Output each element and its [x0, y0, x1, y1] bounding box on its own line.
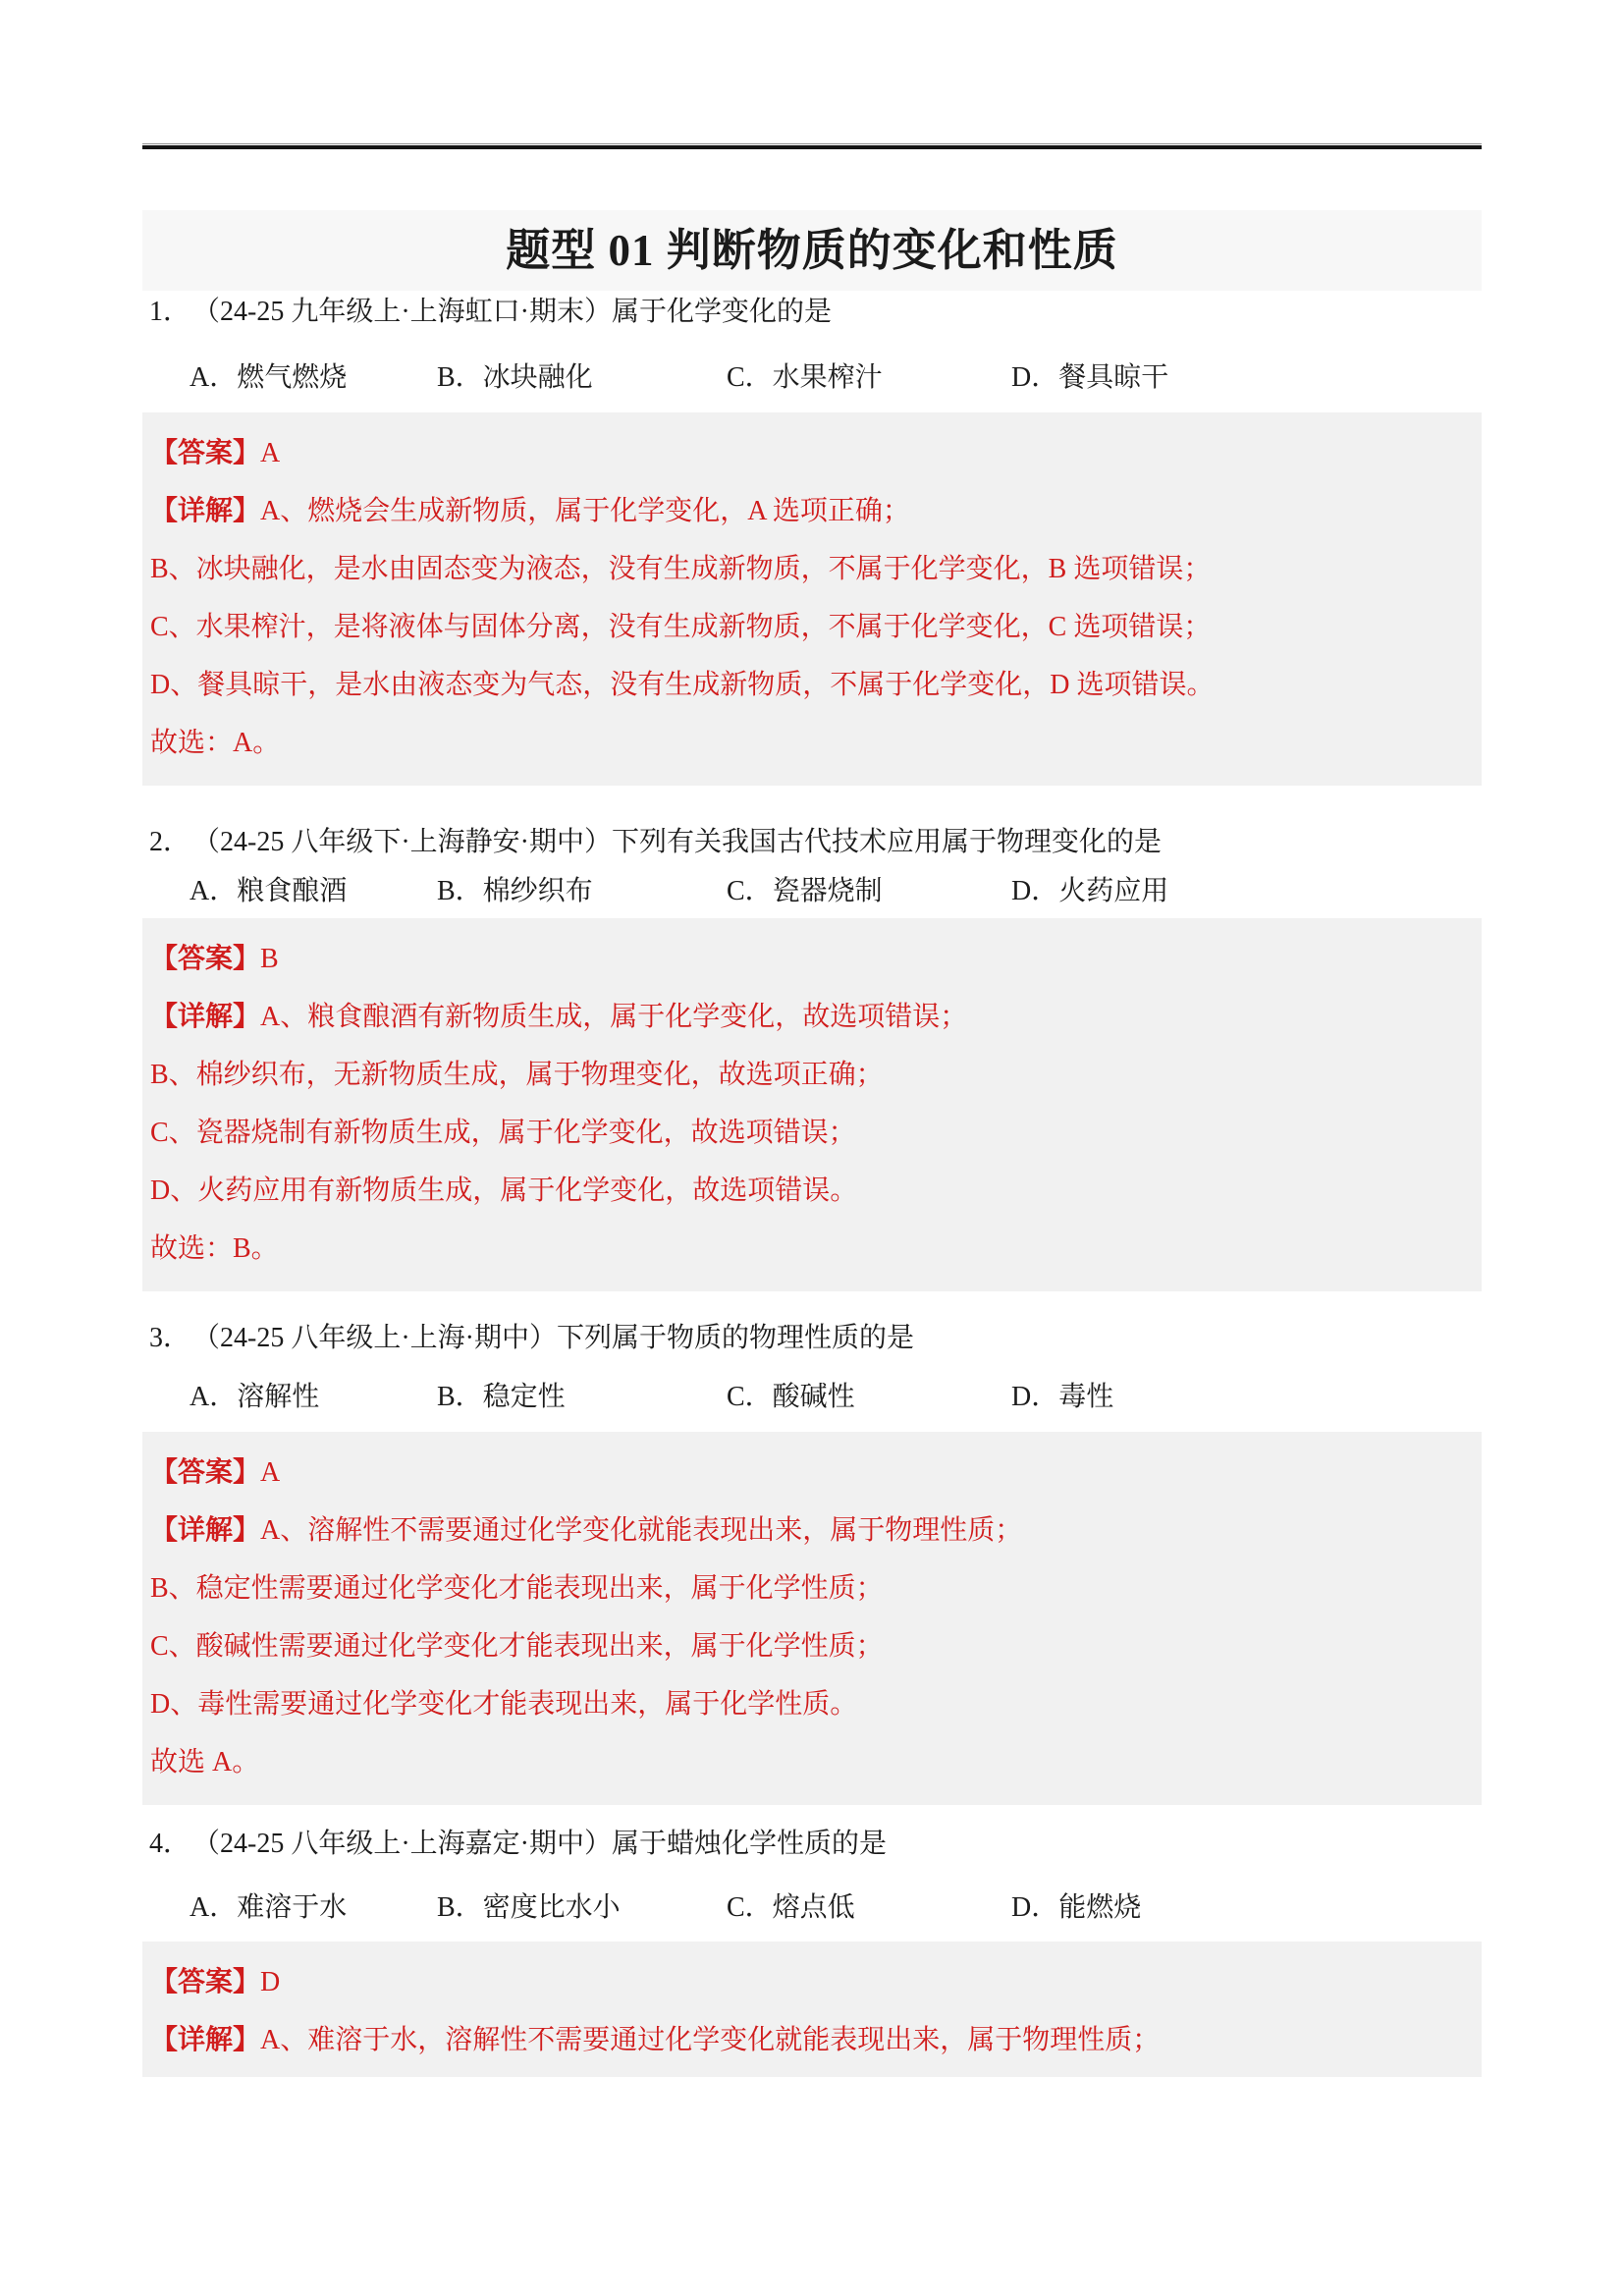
detail-line-q2-4: D、火药应用有新物质生成，属于化学变化，故选项错误。 [150, 1162, 1472, 1220]
conclusion-line-q3: 故选 A。 [150, 1733, 1472, 1791]
option-q2-c: C．瓷器烧制 [727, 874, 883, 909]
options-row-q1: A．燃气燃烧 B．冰块融化 C．水果榨汁 D．餐具晾干 [142, 360, 1482, 396]
detail-label-q2: 【详解】 [150, 1002, 260, 1032]
option-q4-b: B．密度比水小 [437, 1890, 621, 1926]
answer-label-q4: 【答案】 [150, 1967, 260, 1997]
option-q2-b: B．棉纱织布 [437, 874, 593, 909]
answer-block-q2: 【答案】B 【详解】A、粮食酿酒有新物质生成，属于化学变化，故选项错误； B、棉… [142, 918, 1482, 1291]
detail-text-q1-1: A、燃烧会生成新物质，属于化学变化，A 选项正确； [260, 496, 910, 526]
detail-line-q1-1: 【详解】A、燃烧会生成新物质，属于化学变化，A 选项正确； [150, 482, 1472, 540]
answer-line-q2: 【答案】B [150, 930, 1472, 988]
answer-block-q3: 【答案】A 【详解】A、溶解性不需要通过化学变化就能表现出来，属于物理性质； B… [142, 1432, 1482, 1805]
detail-line-q4-1: 【详解】A、难溶于水，溶解性不需要通过化学变化就能表现出来，属于物理性质； [150, 2011, 1472, 2069]
option-q1-a: A．燃气燃烧 [189, 360, 347, 396]
document-body: 题型 01 判断物质的变化和性质 1．（24-25 九年级上·上海虹口·期末）属… [142, 0, 1482, 2077]
conclusion-line-q2: 故选：B。 [150, 1220, 1472, 1278]
option-q1-c: C．水果榨汁 [727, 360, 883, 396]
options-row-q2: A．粮食酿酒 B．棉纱织布 C．瓷器烧制 D．火药应用 [142, 874, 1482, 909]
page-title-text: 题型 01 判断物质的变化和性质 [506, 226, 1118, 275]
answer-value-q4: D [260, 1967, 280, 1997]
question-number-q1: 1． [149, 297, 190, 327]
detail-label-q1: 【详解】 [150, 496, 260, 526]
detail-line-q2-3: C、瓷器烧制有新物质生成，属于化学变化，故选项错误； [150, 1104, 1472, 1162]
detail-line-q1-2: B、冰块融化，是水由固态变为液态，没有生成新物质，不属于化学变化，B 选项错误； [150, 540, 1472, 598]
question-text-q2: （24-25 八年级下·上海静安·期中）下列有关我国古代技术应用属于物理变化的是 [206, 827, 1162, 857]
option-q1-b: B．冰块融化 [437, 360, 593, 396]
question-text-q1: （24-25 九年级上·上海虹口·期末）属于化学变化的是 [206, 297, 832, 327]
answer-block-q1: 【答案】A 【详解】A、燃烧会生成新物质，属于化学变化，A 选项正确； B、冰块… [142, 412, 1482, 786]
option-q3-a: A．溶解性 [189, 1380, 319, 1415]
option-q3-d: D．毒性 [1011, 1380, 1113, 1415]
detail-line-q2-1: 【详解】A、粮食酿酒有新物质生成，属于化学变化，故选项错误； [150, 988, 1472, 1046]
detail-line-q1-3: C、水果榨汁，是将液体与固体分离，没有生成新物质，不属于化学变化，C 选项错误； [150, 598, 1472, 656]
question-number-q2: 2． [149, 827, 190, 857]
detail-line-q2-2: B、棉纱织布，无新物质生成，属于物理变化，故选项正确； [150, 1046, 1472, 1104]
option-q2-a: A．粮食酿酒 [189, 874, 347, 909]
detail-label-q4: 【详解】 [150, 2025, 260, 2055]
detail-line-q3-3: C、酸碱性需要通过化学变化才能表现出来，属于化学性质； [150, 1617, 1472, 1675]
detail-line-q3-4: D、毒性需要通过化学变化才能表现出来，属于化学性质。 [150, 1675, 1472, 1733]
page-title: 题型 01 判断物质的变化和性质 [142, 210, 1482, 291]
question-text-q3: （24-25 八年级上·上海·期中）下列属于物质的物理性质的是 [206, 1323, 914, 1353]
detail-text-q4-1: A、难溶于水，溶解性不需要通过化学变化就能表现出来，属于物理性质； [260, 2025, 1160, 2055]
detail-line-q3-1: 【详解】A、溶解性不需要通过化学变化就能表现出来，属于物理性质； [150, 1502, 1472, 1559]
detail-text-q3-1: A、溶解性不需要通过化学变化就能表现出来，属于物理性质； [260, 1515, 1022, 1546]
question-number-q4: 4． [149, 1829, 190, 1859]
answer-value-q2: B [260, 944, 279, 974]
answer-label-q3: 【答案】 [150, 1457, 260, 1488]
question-stem-q3: 3．（24-25 八年级上·上海·期中）下列属于物质的物理性质的是 [142, 1321, 1482, 1356]
option-q2-d: D．火药应用 [1011, 874, 1168, 909]
question-number-q3: 3． [149, 1323, 190, 1353]
question-stem-q1: 1．（24-25 九年级上·上海虹口·期末）属于化学变化的是 [142, 295, 1482, 330]
document-page: 题型 01 判断物质的变化和性质 1．（24-25 九年级上·上海虹口·期末）属… [0, 0, 1623, 2296]
answer-line-q4: 【答案】D [150, 1953, 1472, 2011]
question-stem-q2: 2．（24-25 八年级下·上海静安·期中）下列有关我国古代技术应用属于物理变化… [142, 825, 1482, 860]
answer-label-q2: 【答案】 [150, 944, 260, 974]
detail-line-q3-2: B、稳定性需要通过化学变化才能表现出来，属于化学性质； [150, 1559, 1472, 1617]
options-row-q3: A．溶解性 B．稳定性 C．酸碱性 D．毒性 [142, 1380, 1482, 1415]
option-q3-b: B．稳定性 [437, 1380, 566, 1415]
answer-block-q4: 【答案】D 【详解】A、难溶于水，溶解性不需要通过化学变化就能表现出来，属于物理… [142, 1941, 1482, 2077]
question-text-q4: （24-25 八年级上·上海嘉定·期中）属于蜡烛化学性质的是 [206, 1829, 887, 1859]
option-q3-c: C．酸碱性 [727, 1380, 855, 1415]
option-q4-a: A．难溶于水 [189, 1890, 347, 1926]
detail-line-q1-4: D、餐具晾干，是水由液态变为气态，没有生成新物质，不属于化学变化，D 选项错误。 [150, 656, 1472, 714]
header-rule [142, 143, 1482, 149]
option-q4-c: C．熔点低 [727, 1890, 855, 1926]
detail-text-q2-1: A、粮食酿酒有新物质生成，属于化学变化，故选项错误； [260, 1002, 967, 1032]
detail-label-q3: 【详解】 [150, 1515, 260, 1546]
question-stem-q4: 4．（24-25 八年级上·上海嘉定·期中）属于蜡烛化学性质的是 [142, 1827, 1482, 1862]
answer-line-q3: 【答案】A [150, 1444, 1472, 1502]
answer-value-q3: A [260, 1457, 280, 1488]
conclusion-line-q1: 故选：A。 [150, 714, 1472, 772]
answer-line-q1: 【答案】A [150, 424, 1472, 482]
answer-value-q1: A [260, 438, 280, 468]
option-q1-d: D．餐具晾干 [1011, 360, 1168, 396]
option-q4-d: D．能燃烧 [1011, 1890, 1141, 1926]
options-row-q4: A．难溶于水 B．密度比水小 C．熔点低 D．能燃烧 [142, 1890, 1482, 1926]
answer-label-q1: 【答案】 [150, 438, 260, 468]
